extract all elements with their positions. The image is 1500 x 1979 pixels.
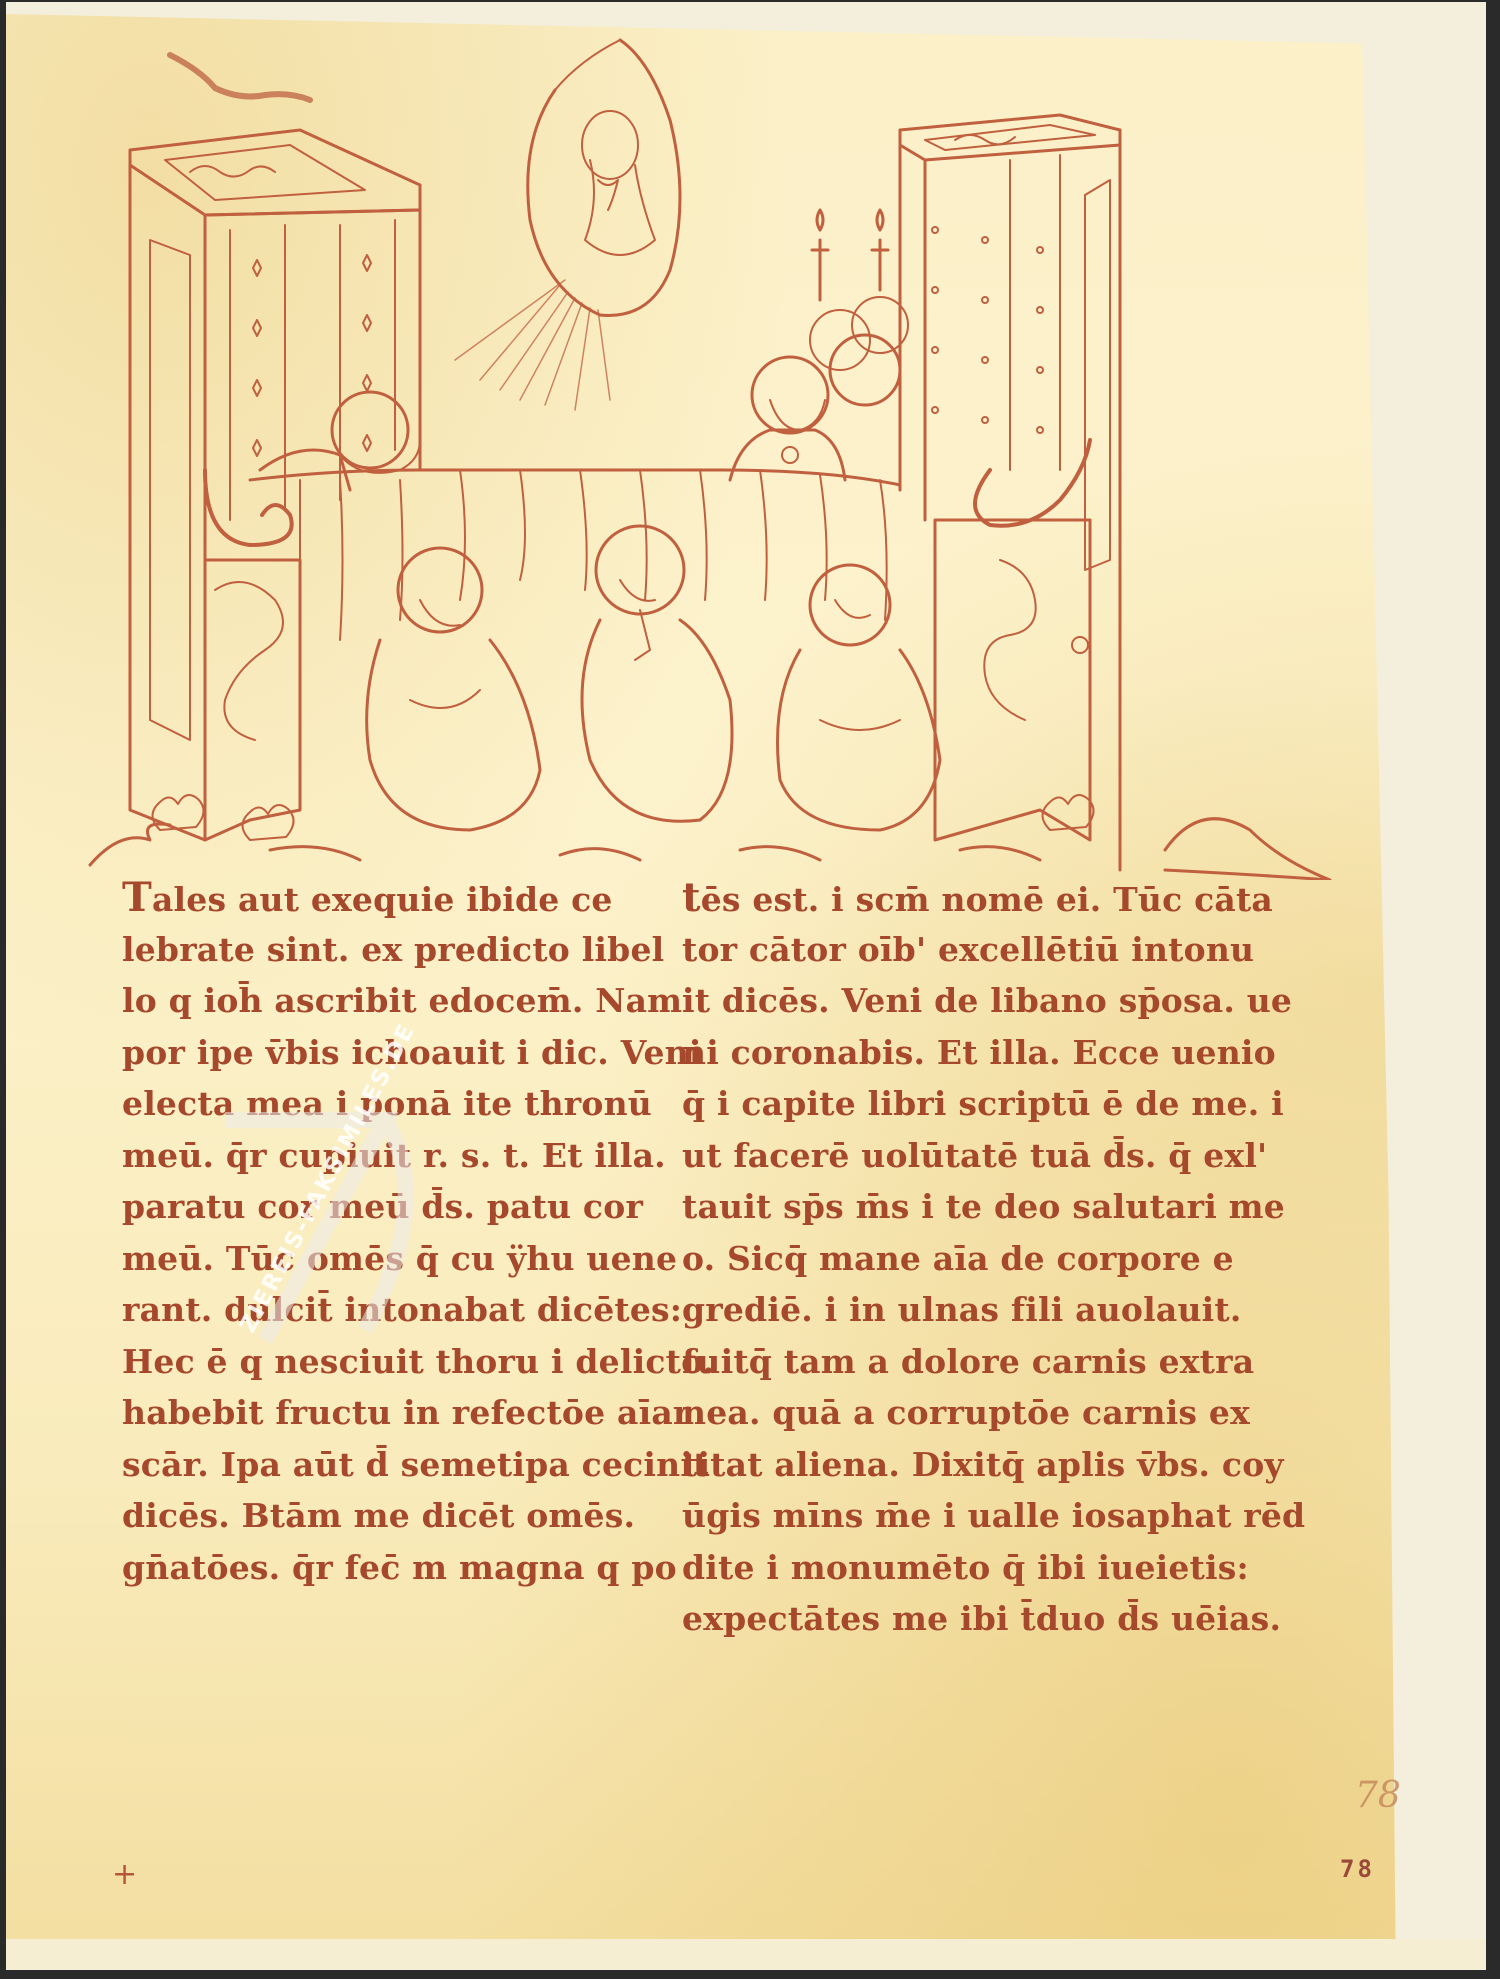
text-column-left: Tales aut exequie ibide ce lebrate sint.… [122,872,714,1593]
bed-drapery [250,470,900,640]
right-canopy-pillar [900,115,1120,870]
processional-candles [812,210,888,300]
torn-edge-stain [170,55,310,100]
text-line: scār. Ipa aūt d̄ semetipa cecinit [122,1439,714,1491]
text-line: tauit sp̄s m̄s i te deo salutari me [682,1181,1305,1233]
text-line: tor cātor oīb' excellētiū intonu [682,924,1305,976]
cross-mark: + [112,1857,137,1892]
text-line: gn̄atōes. q̄r fec̄ m magna q po [122,1542,714,1594]
text-line: dite i monumēto q̄ ibi iueietis: [682,1542,1305,1594]
text-line: tēs est. i scm̄ nomē ei. Tūc cāta [682,872,1305,924]
text-line: ūgis mīns m̄e i ualle iosaphat rēd [682,1490,1305,1542]
apostle-peter-with-key [730,357,845,480]
dormition-illustration [0,0,1500,880]
text-line: expectātes me ibi t̄duo d̄s uēias. [682,1593,1305,1645]
praying-apostle-center [582,526,732,821]
folio-number-pencil: 78 [1355,1775,1401,1816]
text-line: fuitq̄ tam a dolore carnis extra [682,1336,1305,1388]
mandorla-with-soul [528,40,680,315]
text-line: grediē. i in ulnas fili auolauit. [682,1284,1305,1336]
grass-tufts [90,819,1330,880]
text-line: dicēs. Btām me dicēt omēs. [122,1490,714,1542]
text-column-right: tēs est. i scm̄ nomē ei. Tūc cāta tor cā… [682,872,1305,1645]
text-line: q̄ i capite libri scriptū ē de me. i [682,1078,1305,1130]
text-line: ni coronabis. Et illa. Ecce uenio [682,1027,1305,1079]
text-line: meū. q̄r cupiuit r. s. t. Et illa. [122,1130,714,1182]
text-line: paratu cor meū d̄s. patu cor [122,1181,714,1233]
text-line: electa mea i ponā ite thronū [122,1078,714,1130]
bottom-paper-strip [6,1939,1486,1969]
text-line: rant. dulcit̄ intonabat dicētes: [122,1284,714,1336]
text-line: it dicēs. Veni de libano sp̄osa. ue [682,975,1305,1027]
text-line: nea. quā a corruptōe carnis ex [682,1387,1305,1439]
text-line: lo q ioh̄ ascribit edocem̄. Nam [122,975,714,1027]
text-line: habebit fructu in refectōe aīar [122,1387,714,1439]
text-line: lebrate sint. ex predicto libel [122,924,714,976]
text-line: Tales aut exequie ibide ce [122,872,714,924]
left-canopy-pillar [130,130,420,840]
folio-number-stamp: 78 [1340,1855,1375,1883]
text-line: o. Sicq̄ mane aīa de corpore e [682,1233,1305,1285]
text-line: Hec ē q nesciuit thoru i delicto. [122,1336,714,1388]
apostle-behind-peter [810,297,908,405]
light-rays [455,280,610,410]
text-line: titat aliena. Dixitq̄ aplis v̄bs. coy [682,1439,1305,1491]
text-line: ut facerē uolūtatē tuā d̄s. q̄ exl' [682,1130,1305,1182]
text-line: meū. Tūc omēs q̄ cu ÿhu uene [122,1233,714,1285]
seated-apostle-right [778,565,941,830]
mourning-apostle-left [367,548,540,830]
